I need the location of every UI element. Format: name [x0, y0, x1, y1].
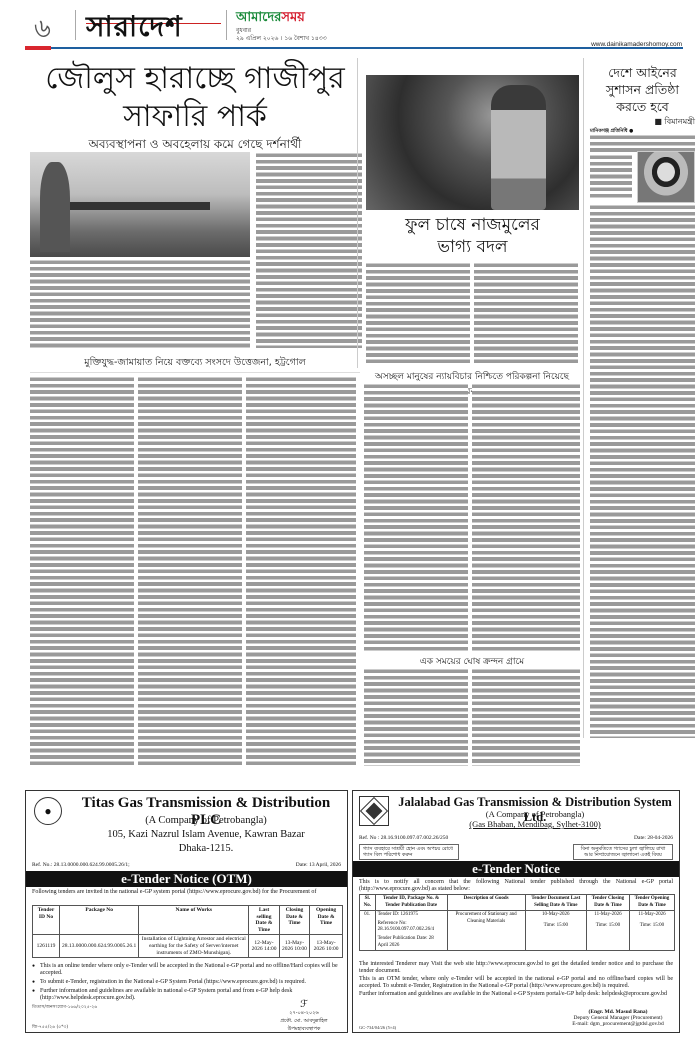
table-cell: Procurement of Stationary and Cleaning M… — [447, 911, 525, 951]
table-header: Tender ID No — [33, 906, 60, 935]
table-cell: 10-May-2026Time: 15:00 — [525, 911, 586, 951]
column-divider — [583, 58, 584, 738]
headline-line: সুশাসন প্রতিষ্ঠা — [590, 81, 695, 98]
bullet-item: To submit e-Tender, registration in the … — [32, 979, 341, 986]
tender-id: Tender ID: 1261975 — [378, 912, 445, 919]
ad-paragraph: This is an OTM tender, where only e-Tend… — [359, 976, 673, 990]
ad-paragraph: The interested Tenderer may Visit the we… — [359, 961, 673, 975]
titas-tender-ad: ● Titas Gas Transmission & Distribution … — [25, 790, 348, 1033]
signature-block: (Engr. Md. Masud Rana) Deputy General Ma… — [563, 1009, 673, 1027]
signature-block: ℱ ২৭-০৪-২০২৬ প্রকৌ. মো. আবদুল্লাহিল উপমহ… — [269, 999, 339, 1034]
article-body-column — [366, 262, 470, 364]
time: Time: 15:00 — [632, 923, 672, 930]
ad-reference: Ref. No.: 28.13.0000.000.624.99.0005.26/… — [32, 862, 130, 868]
table-cell: 12-May-2026 14:00 — [249, 935, 279, 958]
ad-intro: Following tenders are invited in the nat… — [32, 889, 341, 896]
ad-footer-note: তিতাস/জনসংযোগ-১৬৬/২০২৫-২৬ — [32, 1004, 97, 1011]
table-row: 1261119 28.13.0000.000.624.99.0005.26.1 … — [33, 935, 343, 958]
section-title: সারাদেশ — [86, 5, 183, 52]
date: 10-May-2026 — [528, 912, 584, 919]
flower-farmer-photo — [366, 75, 579, 210]
ad-reference: Ref. No : 28.16.9100.097.07.002.26/250 — [359, 835, 448, 841]
table-cell: Tender ID: 1261975 Reference No: 28.16.9… — [375, 911, 447, 951]
headline-line: করতে হবে — [590, 98, 695, 115]
accent-rule — [25, 46, 51, 50]
table-header: Package No — [60, 906, 139, 935]
headline-line: সাফারি পার্ক — [30, 98, 360, 136]
header-rule — [51, 47, 683, 49]
ad-intro: This is to notify all concern that the f… — [359, 879, 673, 893]
minister-portrait — [637, 151, 695, 203]
ad-address-text: (Gas Bhaban, Mendibag, Sylhet-3100) — [469, 819, 601, 829]
ad-banner: e-Tender Notice (OTM) — [26, 871, 347, 887]
article-body-column — [590, 204, 695, 738]
tender-reference: Reference No: 28.16.9100.097.07.002.26/4 — [378, 921, 445, 934]
logo-part-2: সময় — [281, 10, 304, 25]
headline-line: ফুল চাষে নাজমুলের — [366, 214, 579, 236]
ad-footer-note: GC-734/04/26 (5×4) — [359, 1025, 396, 1030]
ad-date: Date: 13 April, 2026 — [296, 862, 341, 868]
signatory-title: উপমহাব্যবস্থাপক — [269, 1026, 339, 1034]
headline-line: ভাগ্য বদল — [366, 236, 579, 258]
table-header: Sl. No. — [360, 895, 376, 911]
slogan-box-right: বিনা অনুমতিতে গ্যাসের চুলা জ্বালিয়ে রাখ… — [573, 844, 673, 860]
signature-mark: ℱ — [269, 999, 339, 1010]
bullet-item: This is an online tender where only e-Te… — [32, 963, 341, 977]
article-body-column — [246, 376, 356, 766]
village-headline: এক সময়ের ঘোষ ক্রন্দন গ্রামে — [364, 654, 580, 669]
minister-headline: দেশে আইনের সুশাসন প্রতিষ্ঠা করতে হবে — [590, 64, 695, 115]
safari-park-photo — [30, 152, 250, 257]
headline-line: জৌলুস হারাচ্ছে গাজীপুর — [30, 60, 360, 98]
table-header: Closing Date & Time — [279, 906, 309, 935]
flower-headline: ফুল চাষে নাজমুলের ভাগ্য বদল — [366, 214, 579, 258]
table-cell: 28.13.0000.000.624.99.0005.26.1 — [60, 935, 139, 958]
table-cell: 1261119 — [33, 935, 60, 958]
logo-part-1: আমাদের — [236, 10, 281, 25]
table-header: Tender Document Last Selling Date & Time — [525, 895, 586, 911]
masthead: ৬ সারাদেশ আমাদেরসময় বুধবার ২৯ এপ্রিল ২০… — [0, 0, 700, 46]
article-body-column — [364, 383, 468, 653]
table-header: Tender Opening Date & Time — [629, 895, 674, 911]
table-cell: 11-May-2026Time: 15:00 — [587, 911, 630, 951]
table-header: Description of Goods — [447, 895, 525, 911]
article-body-column — [256, 152, 362, 348]
article-body-column — [590, 154, 632, 200]
ad-date: Date: 28-04-2026 — [634, 835, 673, 841]
article-body-column — [474, 262, 578, 364]
time: Time: 15:00 — [589, 923, 627, 930]
tender-publication-date: Tender Publication Date: 28 April 2026 — [378, 936, 445, 949]
table-row: 01. Tender ID: 1261975 Reference No: 28.… — [360, 911, 675, 951]
ad-parent-company: (A Company of Petrobangla) — [66, 815, 346, 826]
article-body-column — [472, 668, 580, 766]
table-header-row: Sl. No. Tender ID, Package No. & Tender … — [360, 895, 675, 911]
article-body-column — [472, 383, 580, 653]
divider — [75, 10, 76, 40]
table-header: Tender ID, Package No. & Tender Publicat… — [375, 895, 447, 911]
column-divider — [357, 58, 358, 368]
table-header: Name of Works — [139, 906, 249, 935]
tender-table: Tender ID No Package No Name of Works La… — [32, 905, 343, 958]
signatory-email: E-mail: dgm_procurement@jgtdsl.gov.bd — [563, 1021, 673, 1027]
time: Time: 15:00 — [528, 923, 584, 930]
date: 11-May-2026 — [632, 912, 672, 919]
table-cell: 13-May-2026 10:00 — [310, 935, 343, 958]
farmer-figure — [491, 85, 546, 210]
table-cell: 13-May-2026 10:00 — [279, 935, 309, 958]
article-body-column — [30, 259, 250, 349]
lead-headline: জৌলুস হারাচ্ছে গাজীপুর সাফারি পার্ক — [30, 60, 360, 136]
jalalabad-tender-ad: Jalalabad Gas Transmission & Distributio… — [352, 790, 680, 1033]
table-header: Opening Date & Time — [310, 906, 343, 935]
ad-bullet-list: This is an online tender where only e-Te… — [32, 963, 341, 1004]
table-cell: 01. — [360, 911, 376, 951]
ad-paragraph: Further information and guidelines are a… — [359, 991, 673, 998]
table-cell: Installation of Lightning Arrestor and e… — [139, 935, 249, 958]
table-header: Last selling Date & Time — [249, 906, 279, 935]
slogan-box-left: গ্যাস ব্যবহারে সাশ্রয়ী হোন এবং অপচয় রো… — [359, 844, 459, 860]
article-body-column — [138, 376, 242, 766]
ad-address: (Gas Bhaban, Mendibag, Sylhet-3100) — [391, 819, 679, 829]
issue-date: ২৯ এপ্রিল ২০২৬ । ১৬ বৈশাখ ১৪৩৩ — [236, 33, 327, 44]
headline-line: দেশে আইনের — [590, 64, 695, 81]
table-header-row: Tender ID No Package No Name of Works La… — [33, 906, 343, 935]
titas-logo-icon: ● — [34, 797, 62, 825]
parliament-headline: মুক্তিযুদ্ধ-জামায়াত নিয়ে বক্তব্যে সংসদ… — [30, 356, 360, 371]
article-body-column — [364, 668, 468, 766]
table-header: Tender Closing Date & Time — [587, 895, 630, 911]
ad-parent-company: (A Company of Petrobangla) — [391, 809, 679, 819]
ad-address: Dhaka-1215. — [66, 843, 346, 854]
divider — [30, 372, 360, 373]
table-cell: 11-May-2026Time: 15:00 — [629, 911, 674, 951]
article-body-column — [30, 376, 134, 766]
jalalabad-logo-icon — [359, 796, 389, 826]
ad-address: 105, Kazi Nazrul Islam Avenue, Kawran Ba… — [66, 829, 346, 840]
tender-table: Sl. No. Tender ID, Package No. & Tender … — [359, 894, 675, 951]
ad-footer-note: জি-৭৫৫/২৬ (৫*৩) — [32, 1024, 68, 1031]
date: 11-May-2026 — [589, 912, 627, 919]
divider — [226, 10, 227, 40]
signatory-name: প্রকৌ. মো. আবদুল্লাহিল — [269, 1018, 339, 1026]
ad-banner: e-Tender Notice — [353, 861, 679, 877]
signature-date: ২৭-০৪-২০২৬ — [269, 1010, 339, 1018]
